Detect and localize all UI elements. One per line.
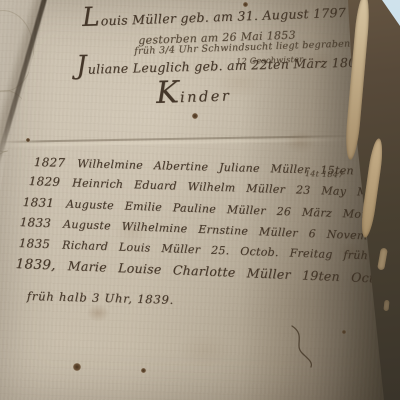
entry-1829-margin-note: 14t 1847 (305, 169, 344, 179)
footnote-birth-time: früh halb 3 Uhr, 1839. (27, 289, 175, 307)
stain-spot (192, 113, 198, 119)
entry-year: 1833 (19, 215, 51, 230)
stain-spot (243, 2, 248, 7)
stain-spot (73, 363, 81, 371)
marbled-swirl (0, 150, 32, 198)
entry-year: 1835 (19, 236, 51, 251)
header-line-parents-mother: Juliane Leuglich geb. am 22ten März 1804 (76, 54, 365, 77)
register-page-photo: Louis Müller geb. am 31. August 1797 ges… (0, 0, 400, 400)
entry-year: 1827 (34, 155, 66, 170)
stain-spot (141, 368, 146, 373)
header-line-parents-father: Louis Müller geb. am 31. August 1797 (82, 5, 346, 29)
stain-spot (26, 138, 30, 142)
section-heading-kinder: Kinder (156, 88, 232, 107)
entry-text: Marie Louise Charlotte Müller 19ten Octo… (68, 258, 400, 288)
entry-year: 1829 (29, 174, 61, 189)
ink-squiggle (286, 323, 320, 369)
stain-spot (342, 330, 346, 334)
entry-year: 1831 (23, 195, 55, 210)
entry-year: 1839, (15, 256, 56, 274)
